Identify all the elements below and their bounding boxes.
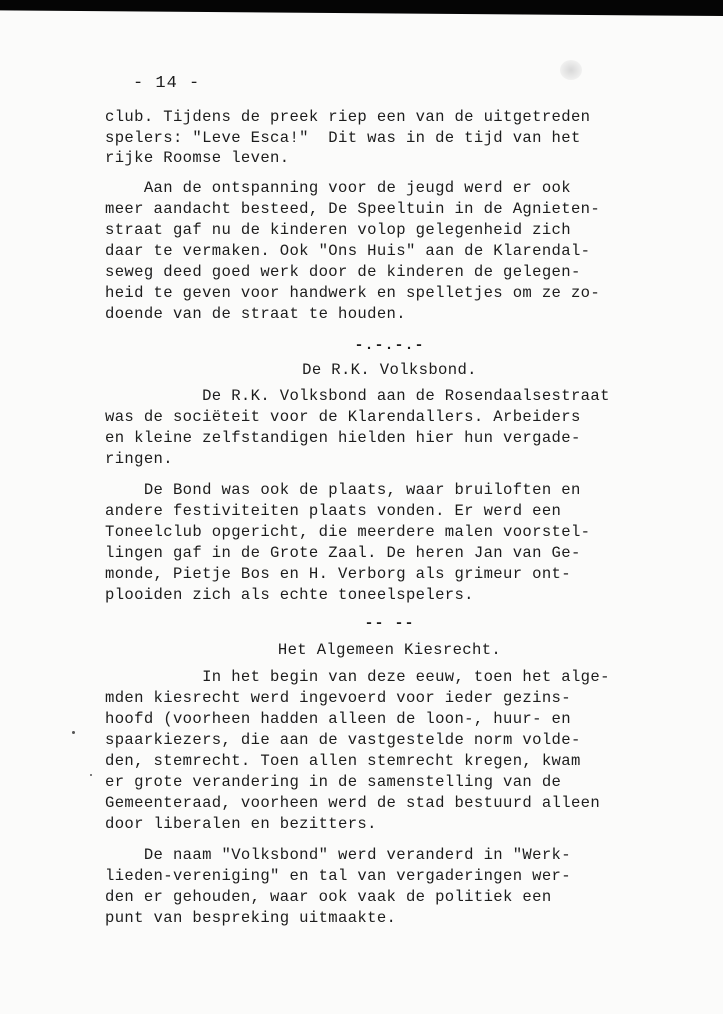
text-line: seweg deed goed werk door de kinderen de… <box>105 262 581 282</box>
text-line: rijke Roomse leven. <box>105 148 289 168</box>
text-line: er grote verandering in de samenstelling… <box>105 772 561 792</box>
scan-border <box>0 0 723 16</box>
text-line: spelers: "Leve Esca!" Dit was in de tijd… <box>105 128 581 148</box>
text-line: De naam "Volksbond" werd veranderd in "W… <box>105 845 571 865</box>
document-page: - 14 - club. Tijdens de preek riep een v… <box>0 0 723 1014</box>
section-heading: De R.K. Volksbond. <box>28 360 723 380</box>
text-line: mden kiesrecht werd ingevoerd voor ieder… <box>105 688 571 708</box>
page-number: - 14 - <box>133 74 200 93</box>
text-line: Toneelclub opgericht, die meerdere malen… <box>105 522 590 542</box>
scan-speck <box>90 774 92 776</box>
text-line: ringen. <box>105 449 173 469</box>
text-line: monde, Pietje Bos en H. Verborg als grim… <box>105 564 571 584</box>
text-line: den er gehouden, waar ook vaak de politi… <box>105 887 552 907</box>
section-heading: Het Algemeen Kiesrecht. <box>28 640 723 660</box>
text-line: en kleine zelfstandigen hielden hier hun… <box>105 428 581 448</box>
text-line: andere festiviteiten plaats vonden. Er w… <box>105 501 561 521</box>
text-line: was de sociëteit voor de Klarendallers. … <box>105 407 581 427</box>
text-line: lieden-vereniging" en tal van vergaderin… <box>105 866 571 886</box>
text-line: Gemeenteraad, voorheen werd de stad best… <box>105 793 600 813</box>
text-line: Aan de ontspanning voor de jeugd werd er… <box>105 178 571 198</box>
text-line: meer aandacht besteed, De Speeltuin in d… <box>105 199 600 219</box>
text-line: club. Tijdens de preek riep een van de u… <box>105 107 590 127</box>
text-line: daar te vermaken. Ook "Ons Huis" aan de … <box>105 241 590 261</box>
text-line: De Bond was ook de plaats, waar bruiloft… <box>105 480 581 500</box>
text-line: straat gaf nu de kinderen volop gelegenh… <box>105 220 571 240</box>
text-line: doende van de straat te houden. <box>105 304 406 324</box>
text-line: spaarkiezers, die aan de vastgestelde no… <box>105 730 581 750</box>
scan-smudge <box>560 60 582 80</box>
text-line: plooiden zich als echte toneelspelers. <box>105 585 474 605</box>
section-separator: -- -- <box>28 614 723 634</box>
text-line: In het begin van deze eeuw, toen het alg… <box>105 667 610 687</box>
text-line: lingen gaf in de Grote Zaal. De heren Ja… <box>105 543 581 563</box>
text-line: heid te geven voor handwerk en spelletje… <box>105 283 600 303</box>
section-separator: -.-.-.- <box>28 336 723 356</box>
text-line: hoofd (voorheen hadden alleen de loon-, … <box>105 709 571 729</box>
scan-speck <box>72 731 75 734</box>
text-line: punt van bespreking uitmaakte. <box>105 908 396 928</box>
text-line: door liberalen en bezitters. <box>105 814 377 834</box>
text-line: De R.K. Volksbond aan de Rosendaalsestra… <box>105 386 610 406</box>
text-line: den, stemrecht. Toen allen stemrecht kre… <box>105 751 581 771</box>
